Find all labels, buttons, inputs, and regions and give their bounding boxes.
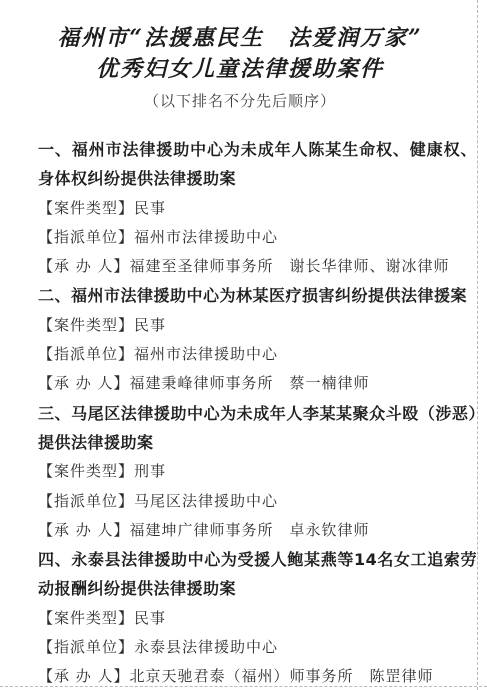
field-label-case-type: 【案件类型】 (38, 609, 134, 627)
document-subtitle: （以下排名不分先后顺序） (0, 88, 480, 115)
document-title-line-2: 优秀妇女儿童法律援助案件 (0, 54, 480, 85)
field-label-assigning-unit: 【指派单位】 (38, 345, 134, 363)
field-value-assigning-unit: 马尾区法律援助中心 (134, 492, 278, 510)
field-value-assigning-unit: 福州市法律援助中心 (134, 228, 278, 246)
field-value-case-type: 民事 (134, 199, 166, 217)
field-label-assigning-unit: 【指派单位】 (38, 228, 134, 246)
field-label-assigning-unit: 【指派单位】 (38, 492, 134, 510)
case-section-1: 一、福州市法律援助中心为未成年人陈某生命权、健康权、身体权纠纷提供法律援助案 【… (38, 135, 477, 281)
handler-line: 【承 办 人】福建秉峰律师事务所 蔡一楠律师 (38, 369, 477, 398)
case-heading: 一、福州市法律援助中心为未成年人陈某生命权、健康权、身体权纠纷提供法律援助案 (38, 135, 477, 194)
assigning-unit-line: 【指派单位】福州市法律援助中心 (38, 223, 477, 252)
field-value-case-type: 刑事 (134, 462, 166, 480)
field-value-handler: 福建坤广律师事务所 卓永钦律师 (130, 521, 370, 539)
field-value-case-type: 民事 (134, 609, 166, 627)
field-label-handler: 【承 办 人】 (38, 257, 130, 275)
field-label-handler: 【承 办 人】 (38, 374, 130, 392)
field-value-handler: 福建至圣律师事务所 谢长华律师、谢冰律师 (130, 257, 450, 275)
field-label-handler: 【承 办 人】 (38, 521, 130, 539)
case-heading: 三、马尾区法律援助中心为未成年人李某某聚众斗殴（涉恶）提供法律援助案 (38, 399, 477, 458)
case-heading: 二、福州市法律援助中心为林某医疗损害纠纷提供法律援案 (38, 281, 477, 310)
handler-line: 【承 办 人】福建坤广律师事务所 卓永钦律师 (38, 516, 477, 545)
case-heading: 四、永泰县法律援助中心为受援人鲍某燕等14名女工追索劳动报酬纠纷提供法律援助案 (38, 545, 477, 604)
case-section-2: 二、福州市法律援助中心为林某医疗损害纠纷提供法律援案 【案件类型】民事 【指派单… (38, 281, 477, 398)
case-list: 一、福州市法律援助中心为未成年人陈某生命权、健康权、身体权纠纷提供法律援助案 【… (38, 135, 477, 690)
case-type-line: 【案件类型】民事 (38, 604, 477, 633)
case-type-line: 【案件类型】民事 (38, 311, 477, 340)
case-type-line: 【案件类型】民事 (38, 194, 477, 223)
field-value-case-type: 民事 (134, 316, 166, 334)
field-value-handler: 福建秉峰律师事务所 蔡一楠律师 (130, 374, 370, 392)
handler-line: 【承 办 人】北京天驰君泰（福州）师事务所 陈罡律师 (38, 662, 477, 690)
field-label-handler: 【承 办 人】 (38, 667, 130, 685)
assigning-unit-line: 【指派单位】永泰县法律援助中心 (38, 633, 477, 662)
title-block: 福州市“法援惠民生 法爱润万家” 优秀妇女儿童法律援助案件 （以下排名不分先后顺… (0, 23, 480, 115)
field-value-assigning-unit: 福州市法律援助中心 (134, 345, 278, 363)
assigning-unit-line: 【指派单位】马尾区法律援助中心 (38, 487, 477, 516)
case-type-line: 【案件类型】刑事 (38, 457, 477, 486)
assigning-unit-line: 【指派单位】福州市法律援助中心 (38, 340, 477, 369)
document-page: 福州市“法援惠民生 法爱润万家” 优秀妇女儿童法律援助案件 （以下排名不分先后顺… (0, 0, 487, 690)
field-label-case-type: 【案件类型】 (38, 462, 134, 480)
case-section-3: 三、马尾区法律援助中心为未成年人李某某聚众斗殴（涉恶）提供法律援助案 【案件类型… (38, 399, 477, 545)
field-label-assigning-unit: 【指派单位】 (38, 638, 134, 656)
field-label-case-type: 【案件类型】 (38, 199, 134, 217)
handler-line: 【承 办 人】福建至圣律师事务所 谢长华律师、谢冰律师 (38, 252, 477, 281)
field-value-assigning-unit: 永泰县法律援助中心 (134, 638, 278, 656)
field-value-handler: 北京天驰君泰（福州）师事务所 陈罡律师 (130, 667, 434, 685)
document-title-line-1: 福州市“法援惠民生 法爱润万家” (0, 23, 480, 54)
case-section-4: 四、永泰县法律援助中心为受援人鲍某燕等14名女工追索劳动报酬纠纷提供法律援助案 … (38, 545, 477, 690)
field-label-case-type: 【案件类型】 (38, 316, 134, 334)
